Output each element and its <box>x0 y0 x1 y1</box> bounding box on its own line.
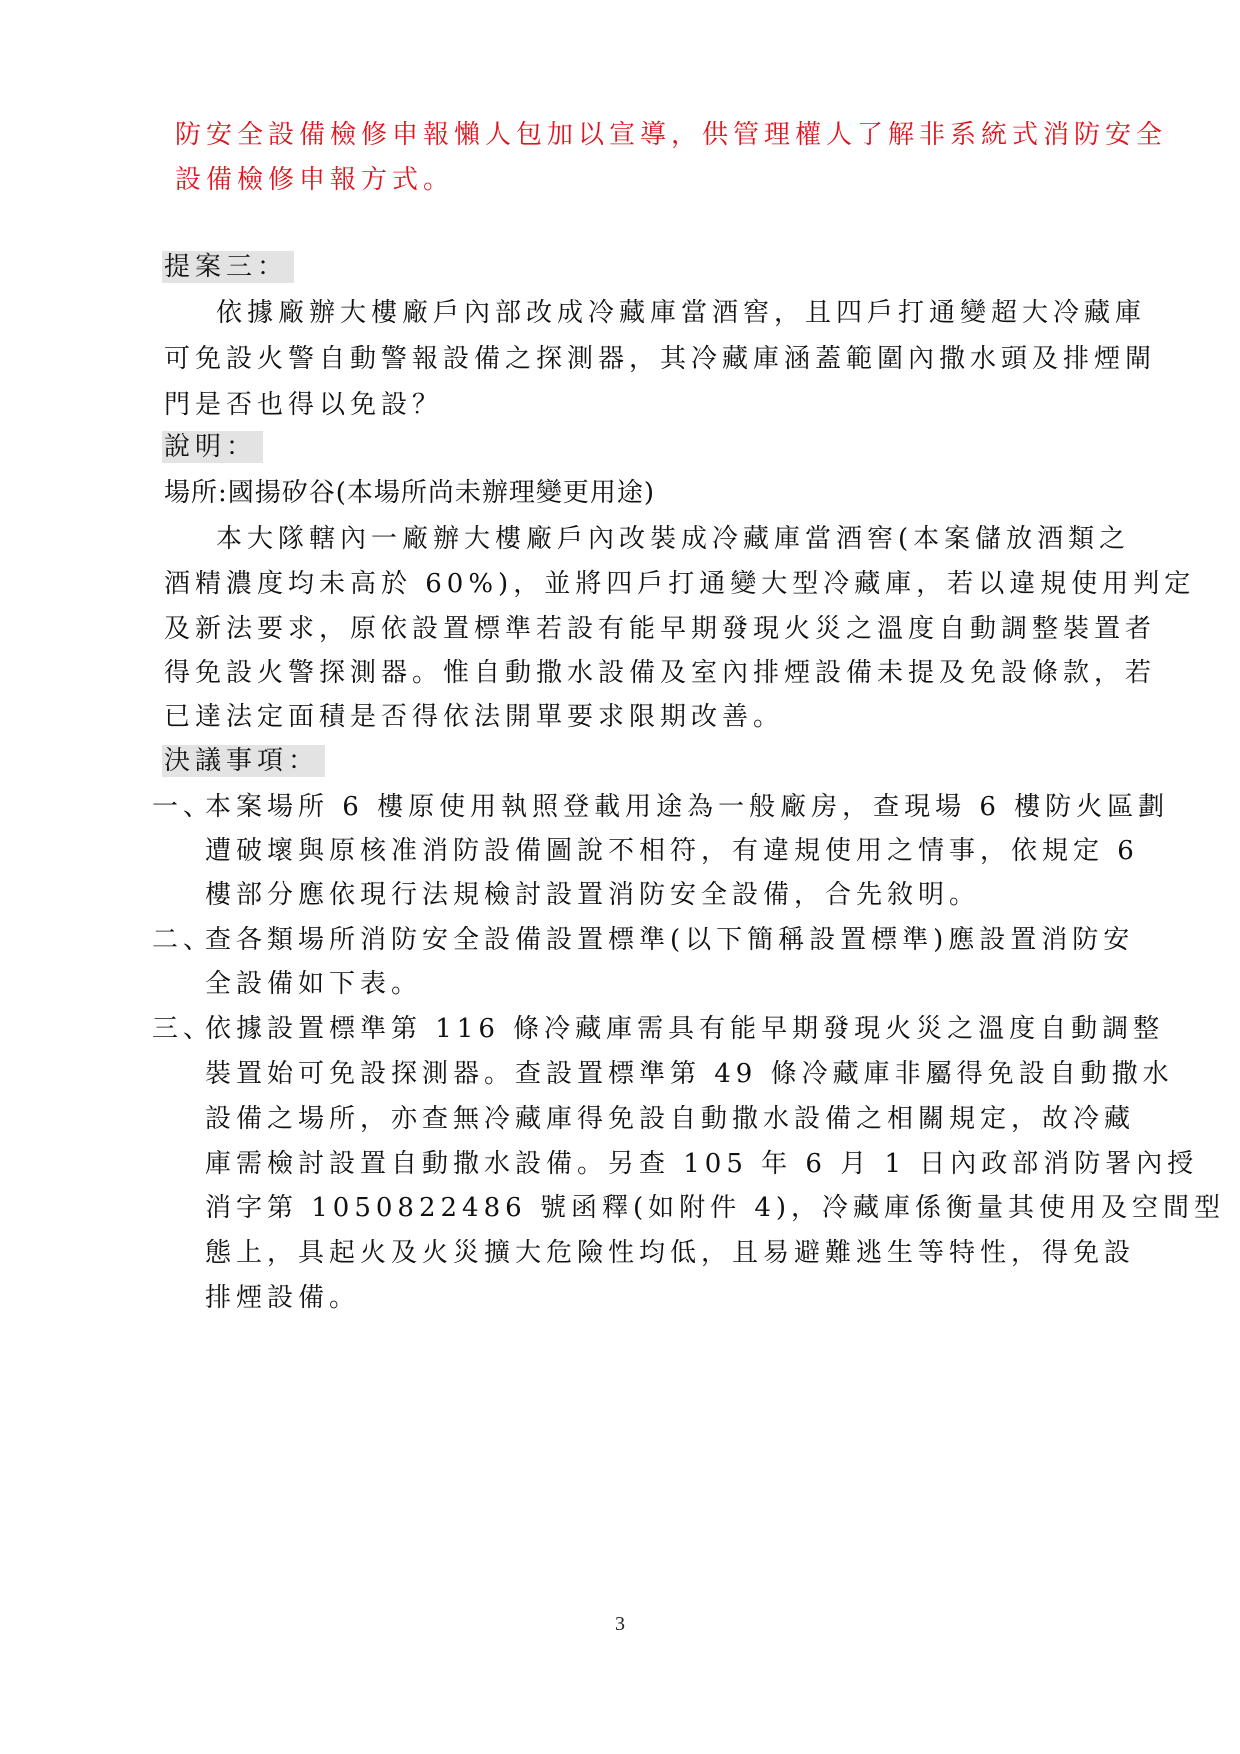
resolution-item-3-line-7: 排煙設備。 <box>205 1281 360 1315</box>
proposal-question-line-1: 依據廠辦大樓廠戶內部改成冷藏庫當酒窖，且四戶打通變超大冷藏庫 <box>216 296 1146 330</box>
explanation-heading: 說明： <box>162 430 263 464</box>
explanation-line-2: 酒精濃度均未高於 60%)，並將四戶打通變大型冷藏庫，若以違規使用判定 <box>164 567 1195 601</box>
resolution-item-3-line-4: 庫需檢討設置自動撒水設備。另查 105 年 6 月 1 日內政部消防署內授 <box>205 1147 1198 1181</box>
resolution-heading-label: 決議事項： <box>162 745 325 777</box>
resolution-item-3-line-1: 依據設置標準第 116 條冷藏庫需具有能早期發現火災之溫度自動調整 <box>205 1012 1164 1046</box>
resolution-item-1-line-3: 樓部分應依現行法規檢討設置消防安全設備，合先敘明。 <box>205 878 980 912</box>
resolution-heading: 決議事項： <box>162 744 325 778</box>
explanation-line-3: 及新法要求，原依設置標準若設有能早期發現火災之溫度自動調整裝置者 <box>164 612 1156 646</box>
resolution-item-3-line-6: 態上，具起火及火災擴大危險性均低，且易避難逃生等特性，得免設 <box>205 1236 1135 1270</box>
resolution-item-1-line-2: 遭破壞與原核准消防設備圖說不相符，有違規使用之情事，依規定 6 <box>205 834 1139 868</box>
explanation-heading-label: 說明： <box>162 431 263 463</box>
explanation-venue: 場所:國揚矽谷(本場所尚未辦理變更用途) <box>164 476 655 510</box>
page-number: 3 <box>0 1613 1240 1636</box>
resolution-item-2-line-1: 查各類場所消防安全設備設置標準(以下簡稱設置標準)應設置消防安 <box>205 923 1134 957</box>
continuation-line-1: 防安全設備檢修申報懶人包加以宣導，供管理權人了解非系統式消防安全 <box>175 118 1167 152</box>
continuation-line-2: 設備檢修申報方式。 <box>175 163 454 197</box>
explanation-line-1: 本大隊轄內一廠辦大樓廠戶內改裝成冷藏庫當酒窖(本案儲放酒類之 <box>216 522 1130 556</box>
proposal-heading-label: 提案三： <box>162 251 294 283</box>
proposal-question-line-2: 可免設火警自動警報設備之探測器，其冷藏庫涵蓋範圍內撒水頭及排煙閘 <box>164 342 1156 376</box>
explanation-line-4: 得免設火警探測器。惟自動撒水設備及室內排煙設備未提及免設條款，若 <box>164 656 1156 690</box>
resolution-item-3-line-3: 設備之場所，亦查無冷藏庫得免設自動撒水設備之相關規定，故冷藏 <box>205 1102 1135 1136</box>
resolution-item-2-line-2: 全設備如下表。 <box>205 967 422 1001</box>
document-page: 防安全設備檢修申報懶人包加以宣導，供管理權人了解非系統式消防安全 設備檢修申報方… <box>0 0 1240 1754</box>
resolution-item-3-line-5: 消字第 1050822486 號函釋(如附件 4)，冷藏庫係衡量其使用及空間型 <box>205 1191 1225 1225</box>
proposal-heading: 提案三： <box>162 250 294 284</box>
proposal-question-line-3: 門是否也得以免設？ <box>164 388 443 422</box>
resolution-item-3-line-2: 裝置始可免設探測器。查設置標準第 49 條冷藏庫非屬得免設自動撒水 <box>205 1057 1174 1091</box>
explanation-line-5: 已達法定面積是否得依法開單要求限期改善。 <box>164 700 784 734</box>
resolution-item-1-line-1: 本案場所 6 樓原使用執照登載用途為一般廠房，查現場 6 樓防火區劃 <box>205 790 1169 824</box>
